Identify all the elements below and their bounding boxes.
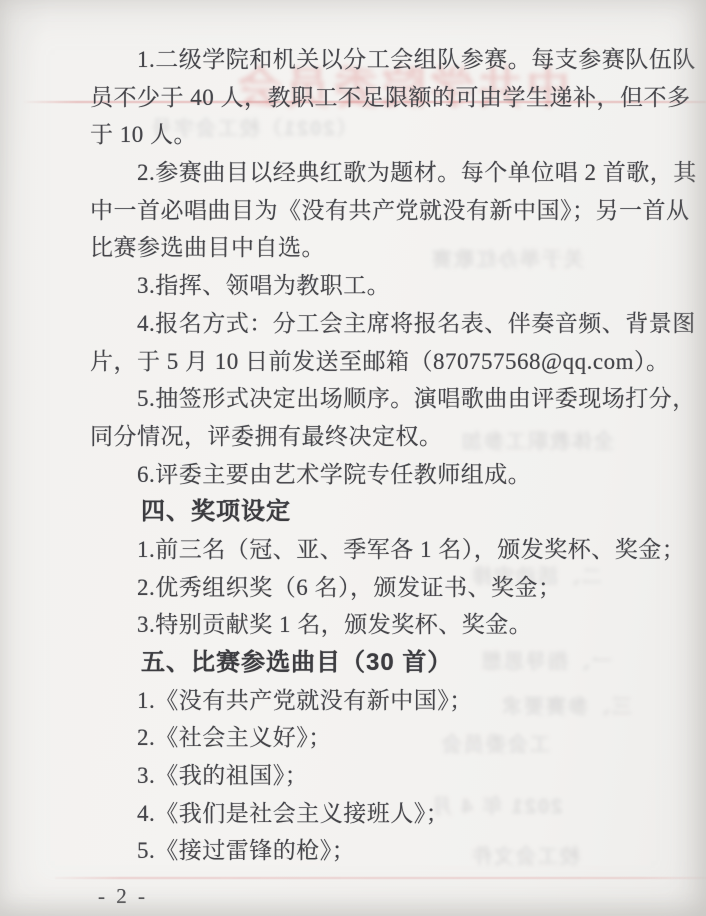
text-line: 员不少于 40 人，教职工不足限额的可由学生递补，但不多 xyxy=(0,79,706,117)
text-line: 2.《社会主义好》； xyxy=(0,719,706,757)
text-line: 1.前三名（冠、亚、季军各 1 名），颁发奖杯、奖金； xyxy=(0,531,706,569)
text-line: 2.优秀组织奖（6 名），颁发证书、奖金； xyxy=(0,569,706,607)
text-line: 4.报名方式：分工会主席将报名表、伴奏音频、背景图 xyxy=(0,305,706,343)
text-line: 5.《接过雷锋的枪》； xyxy=(0,832,706,870)
text-line: 1.二级学院和机关以分工会组队参赛。每支参赛队伍队 xyxy=(0,41,706,79)
section-heading: 五、比赛参选曲目（30 首） xyxy=(0,644,706,682)
text-line: 中一首必唱曲目为《没有共产党就没有新中国》；另一首从 xyxy=(0,192,706,230)
page-number: - 2 - xyxy=(98,884,148,909)
text-line: 5.抽签形式决定出场顺序。演唱歌曲由评委现场打分， xyxy=(0,380,706,418)
text-line: 6.评委主要由艺术学院专任教师组成。 xyxy=(0,456,706,494)
text-line: 同分情况，评委拥有最终决定权。 xyxy=(0,418,706,456)
text-line: 比赛参选曲目中自选。 xyxy=(0,229,706,267)
text-line: 3.指挥、领唱为教职工。 xyxy=(0,267,706,305)
text-line: 2.参赛曲目以经典红歌为题材。每个单位唱 2 首歌，其 xyxy=(0,154,706,192)
text-line: 4.《我们是社会主义接班人》； xyxy=(0,795,706,833)
text-line: 3.特别贡献奖 1 名，颁发奖杯、奖金。 xyxy=(0,606,706,644)
document-body: 1.二级学院和机关以分工会组队参赛。每支参赛队伍队员不少于 40 人，教职工不足… xyxy=(0,41,706,870)
text-line: 片，于 5 月 10 日前发送至邮箱（870757568@qq.com）。 xyxy=(0,343,706,381)
text-line: 于 10 人。 xyxy=(0,116,706,154)
section-heading: 四、奖项设定 xyxy=(0,493,706,531)
text-line: 1.《没有共产党就没有新中国》； xyxy=(0,682,706,720)
text-line: 3.《我的祖国》； xyxy=(0,757,706,795)
scanned-document-page: 中共学院委员会 （2021）校工会字号 关于举办红歌赛 全体教职工参加 二、活动… xyxy=(0,0,706,916)
bleed-through-pink-rule xyxy=(55,877,706,879)
